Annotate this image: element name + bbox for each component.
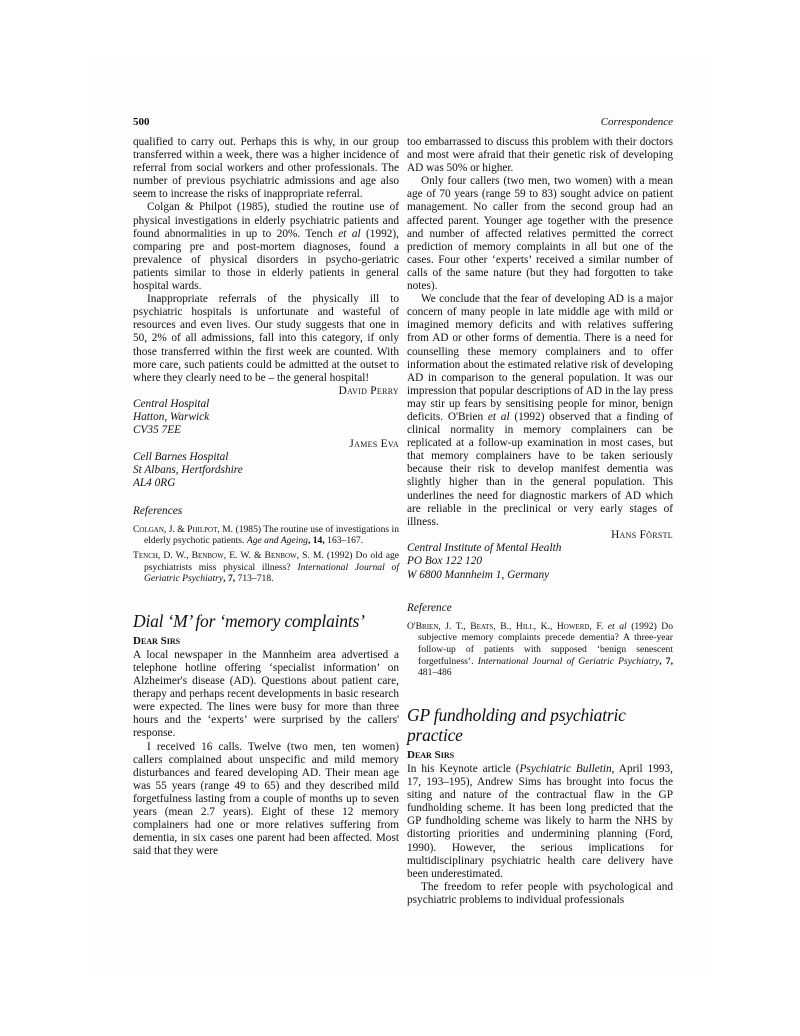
reference-item: Tench, D. W., Benbow, E. W. & Benbow, S.…: [133, 550, 399, 585]
paragraph: Inappropriate referrals of the physicall…: [133, 293, 399, 385]
article-title: GP fundholding and psychiatric practice: [407, 705, 673, 745]
salutation: Dear Sirs: [407, 749, 673, 762]
paragraph: too embarrassed to discuss this problem …: [407, 136, 673, 175]
paragraph: qualified to carry out. Perhaps this is …: [133, 136, 399, 201]
article-title: Dial ‘M’ for ‘memory complaints’: [133, 611, 399, 631]
right-column: Correspondence too embarrassed to discus…: [407, 0, 673, 907]
paragraph: In his Keynote article (Psychiatric Bull…: [407, 763, 673, 881]
author-address: Central Institute of Mental Health PO Bo…: [407, 542, 673, 582]
left-column: 500 qualified to carry out. Perhaps this…: [133, 0, 399, 858]
section-running-head: Correspondence: [407, 116, 673, 136]
author-address: Cell Barnes Hospital St Albans, Hertford…: [133, 451, 399, 491]
paragraph: I received 16 calls. Twelve (two men, te…: [133, 741, 399, 859]
author-signature: Hans Förstl: [407, 529, 673, 542]
paragraph: We conclude that the fear of developing …: [407, 293, 673, 529]
reference-heading: Reference: [407, 602, 673, 615]
reference-item: Colgan, J. & Philpot, M. (1985) The rout…: [133, 524, 399, 547]
salutation: Dear Sirs: [133, 635, 399, 648]
paragraph: Colgan & Philpot (1985), studied the rou…: [133, 201, 399, 293]
author-signature: David Perry: [133, 385, 399, 398]
reference-item: O'Brien, J. T., Beats, B., Hill, K., How…: [407, 621, 673, 679]
references-heading: References: [133, 505, 399, 518]
author-signature: James Eva: [133, 438, 399, 451]
paragraph: The freedom to refer people with psychol…: [407, 881, 673, 907]
paragraph: Only four callers (two men, two women) w…: [407, 175, 673, 293]
page-number: 500: [133, 116, 399, 136]
author-address: Central Hospital Hatton, Warwick CV35 7E…: [133, 398, 399, 438]
paragraph: A local newspaper in the Mannheim area a…: [133, 649, 399, 741]
